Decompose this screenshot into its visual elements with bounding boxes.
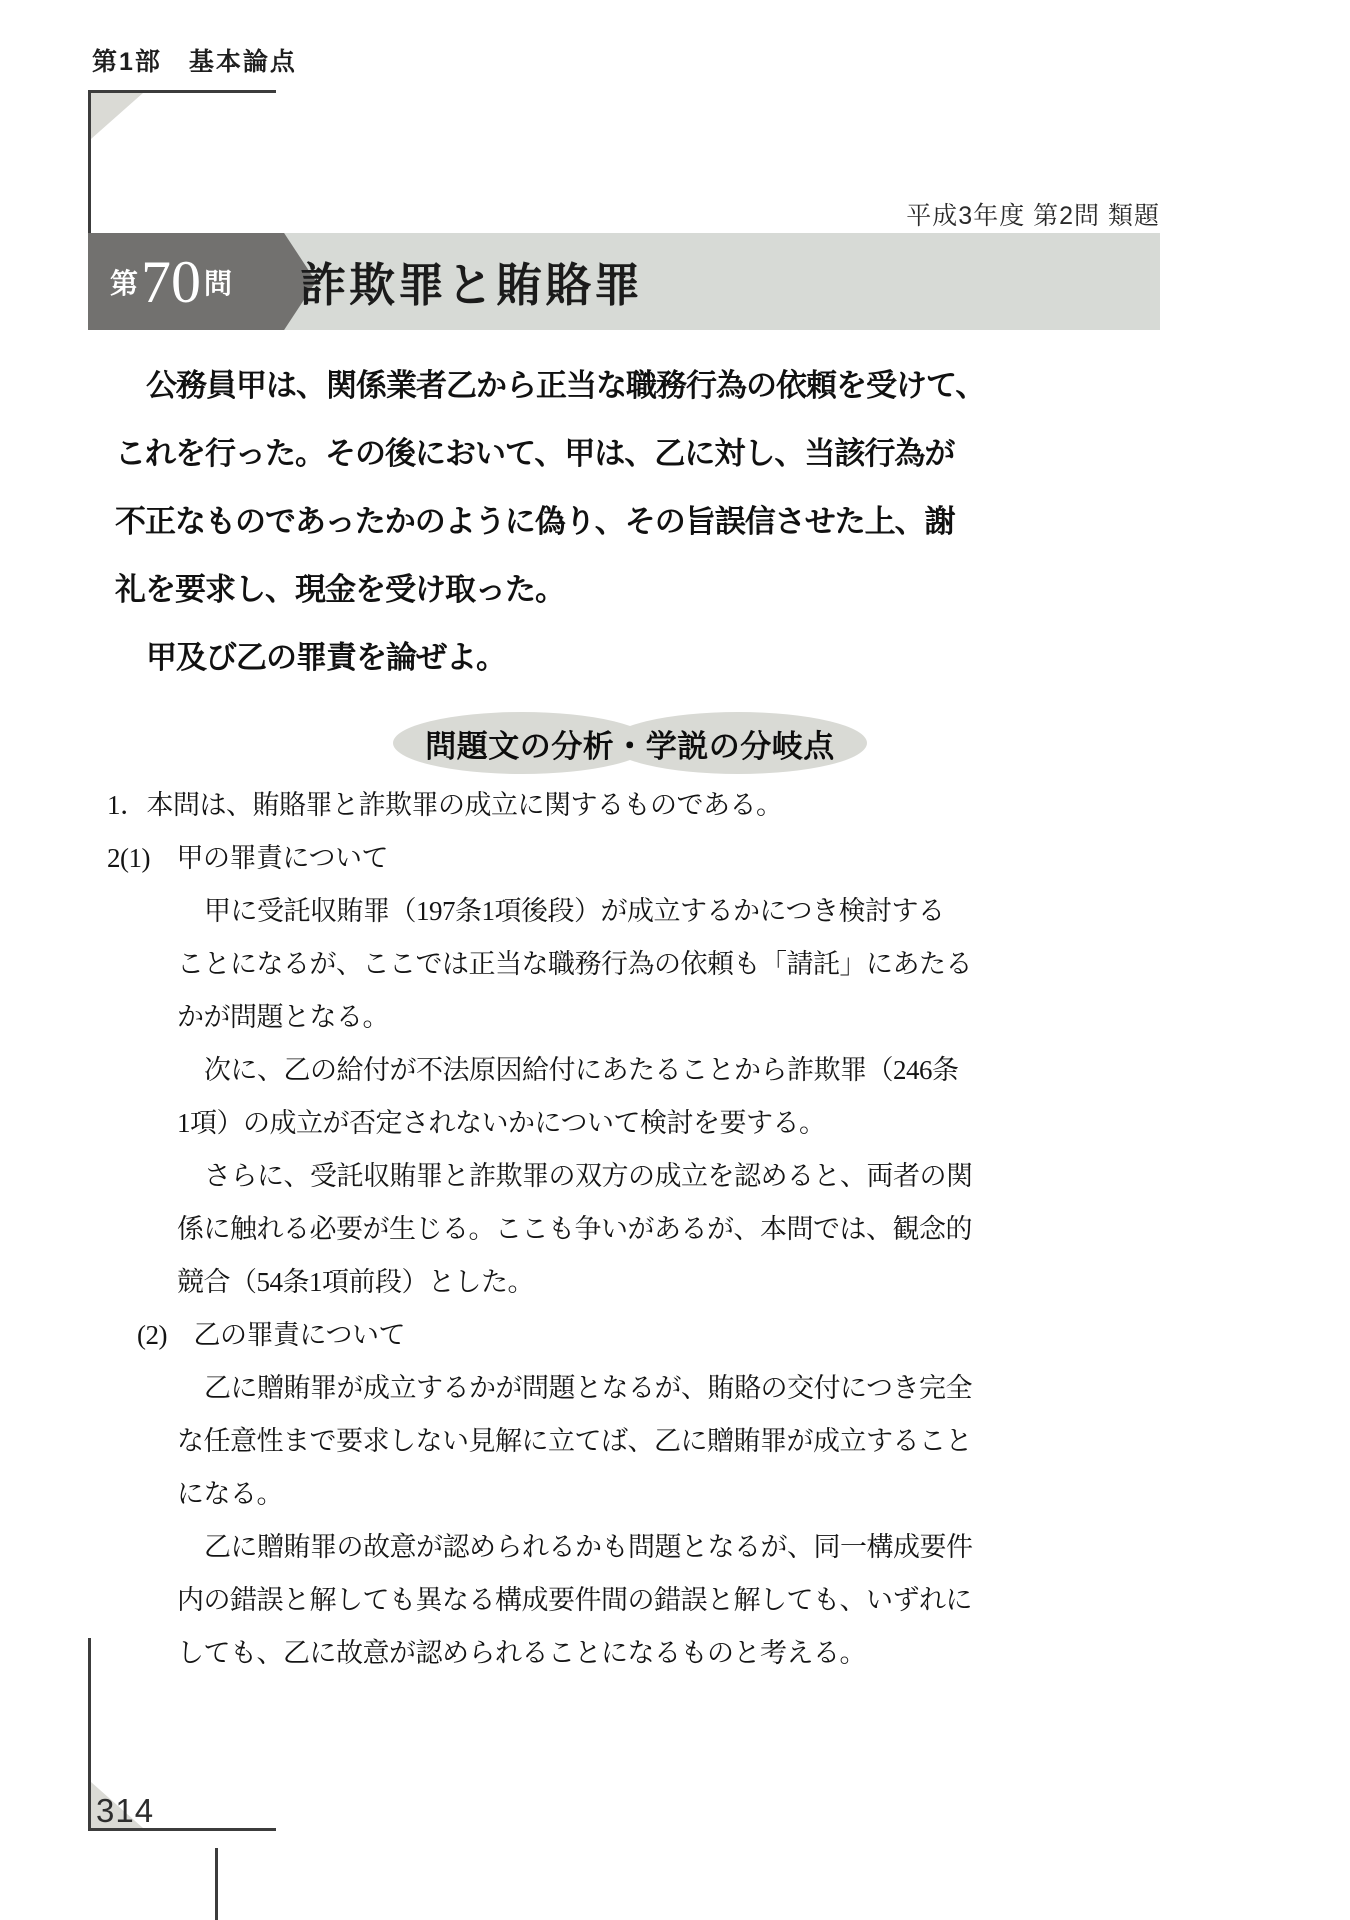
question-title: 詐欺罪と賄賂罪 — [300, 233, 643, 330]
analysis-line: 内の錯誤と解しても異なる構成要件間の錯誤と解しても、いずれに — [177, 1574, 1007, 1627]
analysis-line: 1項）の成立が否定されないかについて検討を要する。 — [177, 1097, 1007, 1150]
analysis-line: ことになるが、ここでは正当な職務行為の依頼も「請託」にあたる — [177, 938, 1007, 991]
analysis-line: になる。 — [177, 1468, 1007, 1521]
analysis-line: かが問題となる。 — [177, 991, 1007, 1044]
analysis-line: (2) 乙の罪責について — [137, 1309, 1007, 1362]
page-number: 314 — [96, 1792, 154, 1830]
problem-line: 不正なものであったかのように偽り、その旨誤信させた上、謝 — [115, 488, 1015, 556]
bottom-trim-mark — [215, 1848, 218, 1920]
section-badge: 問題文の分析・学説の分岐点 — [393, 710, 867, 776]
analysis-line: 甲に受託収賄罪（197条1項後段）が成立するかにつき検討する — [177, 885, 1007, 938]
textbook-page: 第1部 基本論点 平成3年度 第2問 類題 第 70 問 詐欺罪と賄賂罪 公務員… — [0, 0, 1350, 1920]
analysis-line: 次に、乙の給付が不法原因給付にあたることから詐欺罪（246条 — [177, 1044, 1007, 1097]
section-badge-label: 問題文の分析・学説の分岐点 — [393, 710, 867, 776]
question-title-banner: 第 70 問 詐欺罪と賄賂罪 — [88, 233, 1160, 330]
analysis-line: 競合（54条1項前段）とした。 — [177, 1256, 1007, 1309]
problem-line: 公務員甲は、関係業者乙から正当な職務行為の依頼を受けて、 — [115, 352, 1015, 420]
header-corner-triangle — [91, 93, 143, 139]
problem-line: これを行った。その後において、甲は、乙に対し、当該行為が — [115, 420, 1015, 488]
analysis-line: 係に触れる必要が生じる。ここも争いがあるが、本問では、観念的 — [177, 1203, 1007, 1256]
analysis-line: 2(1) 甲の罪責について — [107, 832, 1007, 885]
question-number-prefix: 第 — [110, 262, 138, 302]
question-number-badge: 第 70 問 — [88, 233, 316, 330]
analysis-line: 乙に贈賄罪が成立するかが問題となるが、賄賂の交付につき完全 — [177, 1362, 1007, 1415]
analysis-section: 1．本問は、賄賂罪と詐欺罪の成立に関するものである。2(1) 甲の罪責について甲… — [177, 779, 1007, 1680]
analysis-line: 1．本問は、賄賂罪と詐欺罪の成立に関するものである。 — [107, 779, 1007, 832]
analysis-line: な任意性まで要求しない見解に立てば、乙に贈賄罪が成立すること — [177, 1415, 1007, 1468]
problem-line: 礼を要求し、現金を受け取った。 — [115, 556, 1015, 624]
analysis-line: さらに、受託収賄罪と詐欺罪の双方の成立を認めると、両者の関 — [177, 1150, 1007, 1203]
question-number-suffix: 問 — [204, 262, 232, 302]
analysis-line: 乙に贈賄罪の故意が認められるかも問題となるが、同一構成要件 — [177, 1521, 1007, 1574]
part-header-label: 第1部 基本論点 — [92, 42, 297, 78]
problem-line: 甲及び乙の罪責を論ぜよ。 — [115, 624, 1015, 692]
exam-reference: 平成3年度 第2問 類題 — [906, 196, 1160, 232]
question-number: 70 — [141, 252, 201, 312]
analysis-line: しても、乙に故意が認められることになるものと考える。 — [177, 1627, 1007, 1680]
problem-statement: 公務員甲は、関係業者乙から正当な職務行為の依頼を受けて、これを行った。その後にお… — [115, 352, 1015, 692]
